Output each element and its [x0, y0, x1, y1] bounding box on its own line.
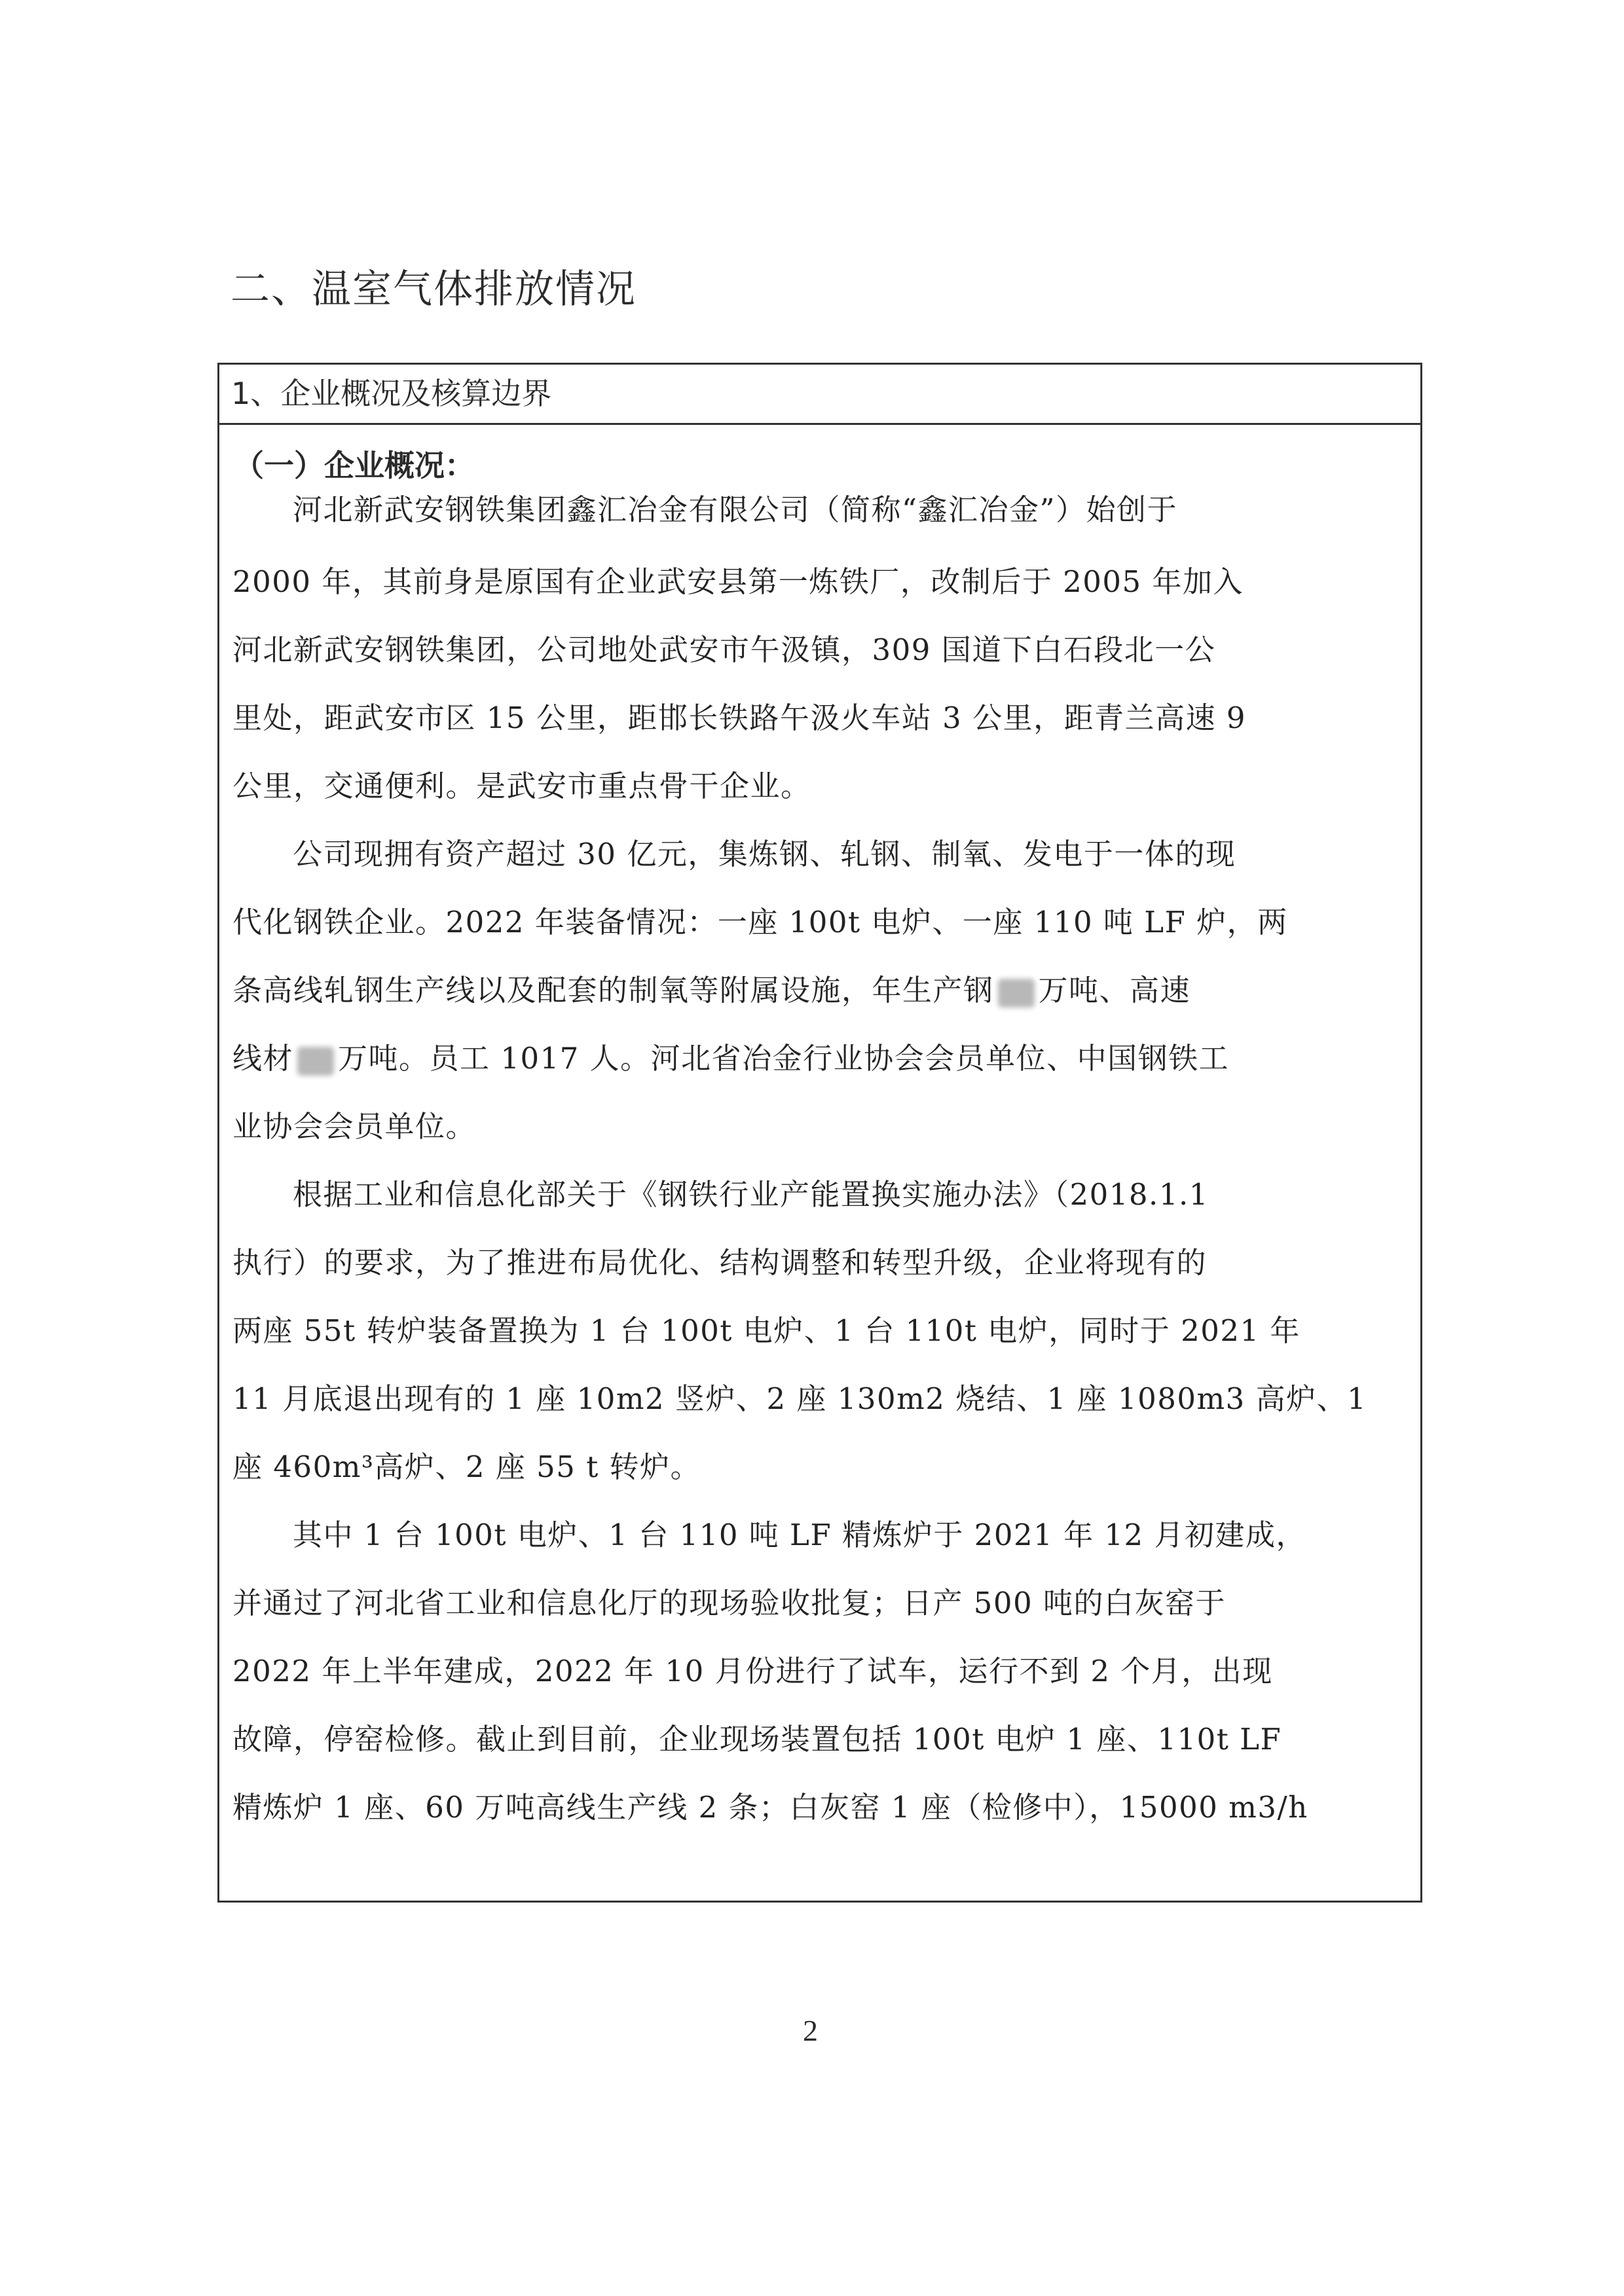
body-line: 2000 年，其前身是原国有企业武安县第一炼铁厂，改制后于 2005 年加入	[232, 562, 1411, 602]
body-text: 万吨、高速	[1039, 973, 1191, 1008]
table-body-cell: （一）企业概况： 河北新武安钢铁集团鑫汇冶金有限公司（简称“鑫汇冶金”）始创于 …	[219, 425, 1420, 1901]
body-line: 公里，交通便利。是武安市重点骨干企业。	[232, 767, 1411, 806]
body-line: 精炼炉 1 座、60 万吨高线生产线 2 条；白灰窑 1 座（检修中），1500…	[232, 1788, 1411, 1827]
body-text: 万吨。员工 1017 人。河北省冶金行业协会会员单位、中国钢铁工	[338, 1041, 1229, 1076]
section-title: 二、温室气体排放情况	[231, 263, 637, 316]
subsection-heading: （一）企业概况：	[234, 446, 475, 485]
body-line: 河北新武安钢铁集团鑫汇冶金有限公司（简称“鑫汇冶金”）始创于	[293, 490, 1471, 530]
body-line: 里处，距武安市区 15 公里，距邯长铁路午汲火车站 3 公里，距青兰高速 9	[232, 699, 1411, 738]
body-line: 河北新武安钢铁集团，公司地处武安市午汲镇，309 国道下白石段北一公	[232, 630, 1411, 670]
table-header-row: 1、企业概况及核算边界	[219, 365, 1420, 425]
body-line: 条高线轧钢生产线以及配套的制氧等附属设施，年生产钢万吨、高速	[232, 971, 1411, 1010]
page-number: 2	[803, 2011, 818, 2050]
body-line: 根据工业和信息化部关于《钢铁行业产能置换实施办法》（2018.1.1	[293, 1175, 1471, 1214]
company-overview-table: 1、企业概况及核算边界 （一）企业概况： 河北新武安钢铁集团鑫汇冶金有限公司（简…	[217, 363, 1422, 1903]
body-line: 执行）的要求，为了推进布局优化、结构调整和转型升级，企业将现有的	[232, 1243, 1411, 1283]
redacted-value	[297, 1047, 334, 1076]
body-line: 故障，停窑检修。截止到目前，企业现场装置包括 100t 电炉 1 座、110t …	[232, 1720, 1411, 1759]
body-line: 线材万吨。员工 1017 人。河北省冶金行业协会会员单位、中国钢铁工	[232, 1039, 1411, 1078]
body-text: 线材	[232, 1041, 293, 1076]
body-line: 其中 1 台 100t 电炉、1 台 110 吨 LF 精炼炉于 2021 年 …	[293, 1516, 1471, 1555]
redacted-value	[998, 979, 1035, 1008]
body-line: 两座 55t 转炉装备置换为 1 台 100t 电炉、1 台 110t 电炉，同…	[232, 1311, 1411, 1351]
body-line: 2022 年上半年建成，2022 年 10 月份进行了试车，运行不到 2 个月，…	[232, 1652, 1411, 1691]
body-line: 座 460m³高炉、2 座 55 t 转炉。	[232, 1448, 1411, 1487]
body-text: 条高线轧钢生产线以及配套的制氧等附属设施，年生产钢	[232, 973, 994, 1008]
body-line: 公司现拥有资产超过 30 亿元，集炼钢、轧钢、制氧、发电于一体的现	[293, 835, 1471, 874]
body-line: 业协会会员单位。	[232, 1107, 1411, 1146]
body-line: 11 月底退出现有的 1 座 10m2 竖炉、2 座 130m2 烧结、1 座 …	[232, 1379, 1411, 1419]
table-header-label: 1、企业概况及核算边界	[231, 374, 551, 413]
body-line: 并通过了河北省工业和信息化厅的现场验收批复；日产 500 吨的白灰窑于	[232, 1584, 1411, 1623]
body-line: 代化钢铁企业。2022 年装备情况：一座 100t 电炉、一座 110 吨 LF…	[232, 903, 1411, 942]
